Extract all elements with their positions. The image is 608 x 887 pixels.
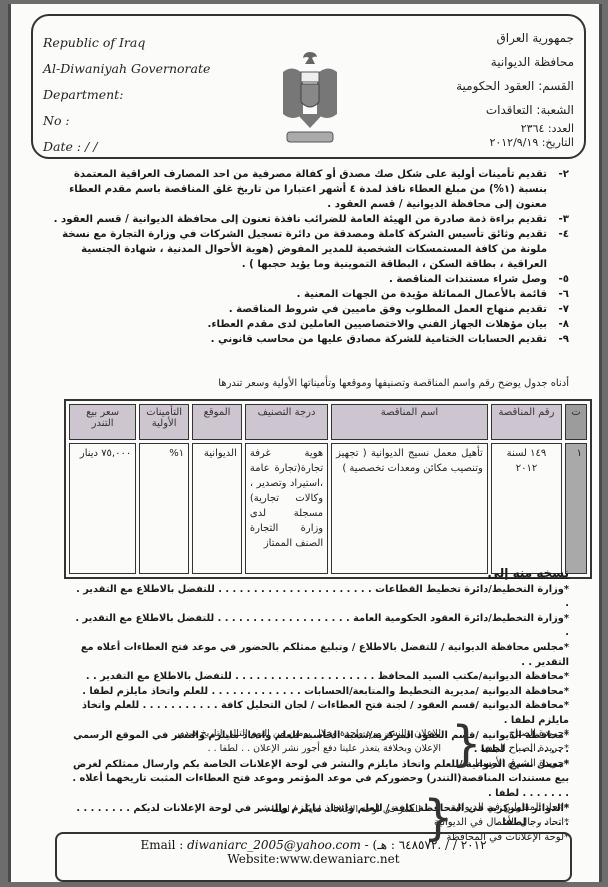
phone: - (٢٠١٢ / / .٦٤٨٥٧٢ : هـ — [361, 838, 487, 852]
number-label: No : — [43, 108, 210, 134]
email-link[interactable]: diwaniarc_2005@yahoo.com — [187, 838, 361, 852]
requirements-list: ٢-تقديم تأمينات أولية على شكل صك مصدق أو… — [51, 167, 569, 347]
copies-title: نسخه منه إلى — [71, 566, 569, 581]
requirement-item: ٥-وصل شراء مستندات المناقصة . — [51, 272, 569, 287]
copies-list: نسخه منه إلى *وزارة التخطيط/دائرة تخطيط … — [71, 566, 569, 831]
unions-note: للنشر في لوحة الإعلانات لديكم / لطفا . . — [191, 804, 421, 815]
newspapers-list: *جريدة الصباح *جريدة الصباح الجديد *جريد… — [473, 726, 569, 771]
copy-recipient: *محافظة الديوانية /قسم العقود / لجنة فتح… — [71, 699, 569, 728]
brace-icon: } — [451, 720, 482, 768]
website-link[interactable]: Website:www.dewaniarc.net — [57, 852, 570, 866]
requirement-item: ٣-تقديم براءة ذمة صادرة من الهيئة العامة… — [51, 212, 569, 227]
reference-number: العدد: ٢٣٦٤ — [456, 122, 574, 136]
requirement-item: ٤-تقديم وثائق تأسيس الشركة كاملة ومصدقة … — [51, 227, 569, 272]
table-intro: أدناه جدول يوضح رقم واسم المناقصة وتصنيف… — [81, 378, 569, 389]
country-en: Republic of Iraq — [43, 30, 210, 56]
copy-recipient: *وزارة التخطيط/دائرة العقود الحكومية الع… — [71, 612, 569, 641]
union-item: *اتحاد المقاولين في الديوانية — [434, 800, 569, 815]
col-tender-name: اسم المناقصة — [331, 404, 488, 440]
col-tender-no: رقم المناقصة — [491, 404, 562, 440]
cell-location: الديوانية — [192, 443, 242, 574]
newspaper-item: *جريدة الصباح الجديد — [473, 741, 569, 756]
arabic-letterhead: جمهورية العراق محافظة الديوانية القسم: ا… — [456, 26, 574, 150]
english-letterhead: Republic of Iraq Al-Diwaniyah Governorat… — [43, 30, 210, 160]
governorate-ar: محافظة الديوانية — [456, 50, 574, 74]
cell-price: ٧٥,٠٠٠ دينار — [69, 443, 136, 574]
col-seq: ت — [565, 404, 587, 440]
newspaper-item: *جريدة الصباح — [473, 726, 569, 741]
copy-recipient: *محافظة الديوانية /مديرية التخطيط والمتا… — [71, 685, 569, 700]
cell-seq: ١ — [565, 443, 587, 574]
copy-recipient: *مجلس محافظة الديوانية / للتفضل بالاطلاع… — [71, 641, 569, 670]
letterhead: Republic of Iraq Al-Diwaniyah Governorat… — [31, 14, 586, 159]
governorate-en: Al-Diwaniyah Governorate — [43, 56, 210, 82]
department-ar: القسم: العقود الحكومية — [456, 74, 574, 98]
col-location: الموقع — [192, 404, 242, 440]
cell-classification: هوية غرفة تجارة(تجارة عامة ،استيراد وتصد… — [245, 443, 328, 574]
cell-tender-no: ١٤٩ لسنة ٢٠١٢ — [491, 443, 562, 574]
tender-table: ت رقم المناقصة اسم المناقصة درجة التصنيف… — [64, 399, 592, 579]
reference-date: التاريخ: ٢٠١٢/٩/١٩ — [456, 136, 574, 150]
col-price: سعر بيع التندر — [69, 404, 136, 440]
country-ar: جمهورية العراق — [456, 26, 574, 50]
cell-tender-name: تأهيل معمل نسيج الديوانية ( تجهيز وتنصيب… — [331, 443, 488, 574]
date-label: Date : / / — [43, 134, 210, 160]
requirement-item: ٢-تقديم تأمينات أولية على شكل صك مصدق أو… — [51, 167, 569, 212]
copy-recipient: *وزارة التخطيط/دائرة تخطيط القطاعات . . … — [71, 583, 569, 612]
cell-deposit: ١% — [139, 443, 189, 574]
col-classification: درجة التصنيف — [245, 404, 328, 440]
requirement-item: ٦-قائمة بالأعمال المماثلة مؤيدة من الجها… — [51, 287, 569, 302]
newspaper-item: *جريدة الشرق الأوسط — [473, 756, 569, 771]
iraq-eagle-emblem-icon — [275, 44, 345, 152]
copy-recipient: *محافظة الديوانية/مكتب السيد المحافظ . .… — [71, 670, 569, 685]
division-ar: الشعبة: التعاقدات — [456, 98, 574, 122]
col-deposit: التأمينات الأولية — [139, 404, 189, 440]
document-page: Republic of Iraq Al-Diwaniyah Governorat… — [8, 4, 602, 882]
newspapers-note: للإعلان والنشر مرة واحدة وخلال يومين من … — [161, 726, 441, 756]
requirement-item: ٧-تقديم منهاج العمل المطلوب وفق ماميين ف… — [51, 302, 569, 317]
footer: Email : diwaniarc_2005@yahoo.com - (٢٠١٢… — [55, 832, 572, 882]
union-item: *اتحاد رجال الأعمال في الديوانية — [434, 815, 569, 830]
email-label: Email : — [140, 838, 187, 852]
requirement-item: ٨-بيان مؤهلات الجهاز الفني والاختصاصيين … — [51, 317, 569, 332]
department-label: Department: — [43, 82, 210, 108]
table-row: ١ ١٤٩ لسنة ٢٠١٢ تأهيل معمل نسيج الديواني… — [69, 443, 587, 574]
requirement-item: ٩-تقديم الحسابات الختامية للشركة مصادق ع… — [51, 332, 569, 347]
